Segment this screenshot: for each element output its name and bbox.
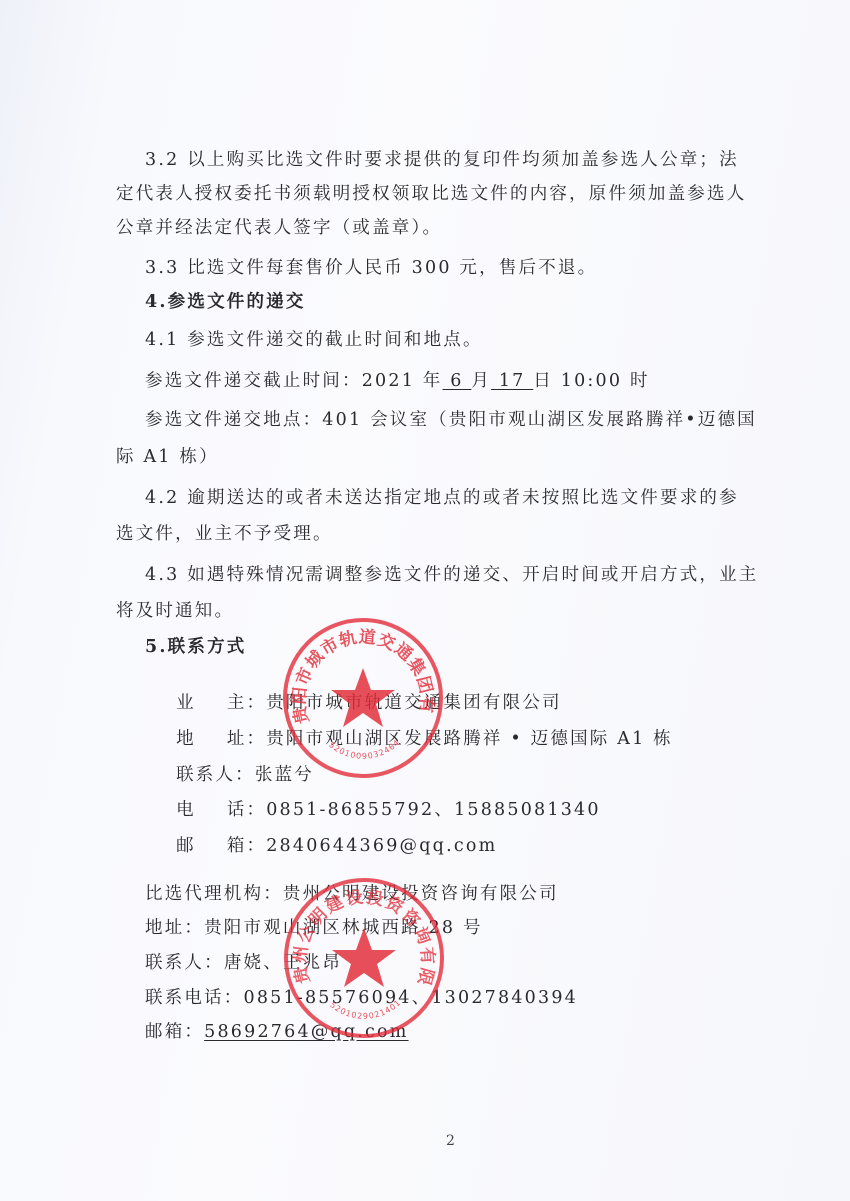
agency-phone-row: 联系电话：0851-85576094、13027840394 — [145, 987, 578, 1009]
agency-address-value: 贵阳市观山湖区林城西路 28 号 — [204, 918, 483, 938]
agency-email-link[interactable]: 58692764@qq.com — [204, 1022, 408, 1042]
page-number: 2 — [446, 1133, 455, 1149]
agency-contact-row: 联系人：唐娆、王兆昂 — [145, 952, 342, 974]
location-line-2: 际 A1 栋） — [116, 446, 219, 468]
deadline-month-unit: 月 — [471, 371, 491, 391]
paragraph-4-2-line-1: 4.2 逾期送达的或者未送达指定地点的或者未按照比选文件要求的参 — [145, 487, 739, 509]
paragraph-4-3-line-2: 将及时通知。 — [116, 600, 234, 622]
agency-phone-label: 联系电话： — [145, 988, 244, 1008]
agency-address-row: 地址：贵阳市观山湖区林城西路 28 号 — [145, 917, 483, 939]
email-value[interactable]: 2840644369@qq.com — [266, 836, 497, 856]
agency-phone-value: 0851-85576094、13027840394 — [244, 988, 579, 1008]
paragraph-3-2-line-3: 公章并经法定代表人签字（或盖章）。 — [116, 217, 442, 239]
address-value: 贵阳市观山湖区发展路腾祥 • 迈德国际 A1 栋 — [266, 729, 673, 749]
document-page: 3.2 以上购买比选文件时要求提供的复印件均须加盖参选人公章；法 定代表人授权委… — [0, 0, 850, 1201]
paragraph-4-2-line-2: 选文件，业主不予受理。 — [116, 523, 333, 545]
agency-contact-value: 唐娆、王兆昂 — [224, 953, 342, 973]
location-line-1: 参选文件递交地点：401 会议室（贵阳市观山湖区发展路腾祥•迈德国 — [145, 409, 757, 431]
paragraph-4-1: 4.1 参选文件递交的截止时间和地点。 — [145, 329, 483, 351]
paragraph-3-2-line-1: 3.2 以上购买比选文件时要求提供的复印件均须加盖参选人公章；法 — [145, 149, 739, 171]
paragraph-4-3-line-1: 4.3 如遇特殊情况需调整参选文件的递交、开启时间或开启方式，业主 — [145, 564, 759, 586]
paragraph-3-3: 3.3 比选文件每套售价人民币 300 元，售后不退。 — [145, 257, 597, 279]
agency-name-row: 比选代理机构：贵州公明建设投资咨询有限公司 — [145, 883, 559, 905]
deadline-suffix: 日 10:00 时 — [533, 371, 649, 391]
section-5-heading: 5.联系方式 — [145, 636, 246, 658]
deadline-line: 参选文件递交截止时间：2021 年 6 月 17 日 10:00 时 — [145, 370, 650, 392]
paragraph-3-2-line-2: 定代表人授权委托书须载明授权领取比选文件的内容，原件须加盖参选人 — [116, 183, 746, 205]
agency-contact-label: 联系人： — [145, 953, 224, 973]
agency-address-label: 地址： — [145, 918, 204, 938]
agency-name-label: 比选代理机构： — [145, 884, 283, 904]
agency-name-value: 贵州公明建设投资咨询有限公司 — [283, 884, 559, 904]
section-4-heading: 4.参选文件的递交 — [145, 291, 306, 313]
deadline-day: 17 — [491, 371, 533, 391]
agency-email-row: 邮箱：58692764@qq.com — [145, 1021, 409, 1043]
email-label: 邮 箱： — [176, 836, 266, 856]
agency-email-label: 邮箱： — [145, 1022, 204, 1042]
deadline-month: 6 — [443, 371, 472, 391]
email-row: 邮 箱：2840644369@qq.com — [145, 813, 497, 879]
deadline-prefix: 参选文件递交截止时间：2021 年 — [145, 371, 443, 391]
